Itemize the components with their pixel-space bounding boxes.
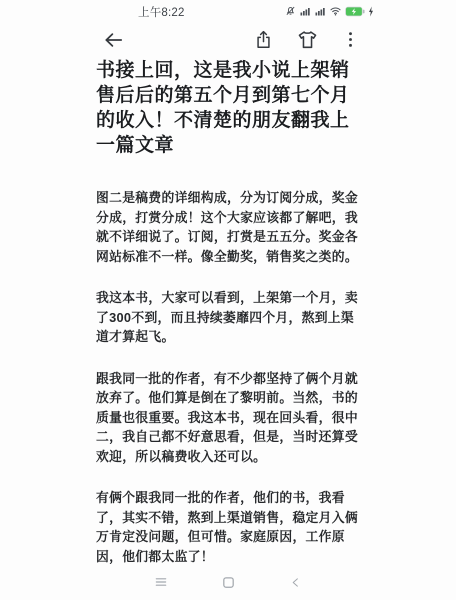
android-nav-bar bbox=[0, 564, 456, 600]
back-button[interactable] bbox=[100, 29, 126, 53]
status-time: 上午8:22 bbox=[138, 4, 185, 20]
toolbar-actions bbox=[253, 28, 360, 54]
home-button[interactable] bbox=[219, 573, 237, 591]
recents-button[interactable] bbox=[152, 573, 170, 591]
status-icons bbox=[285, 4, 374, 18]
signal-icon bbox=[314, 5, 326, 17]
home-icon bbox=[221, 575, 236, 590]
phone-screen: 上午8:22 bbox=[0, 0, 456, 600]
toolbar bbox=[0, 22, 456, 60]
overflow-menu-button[interactable] bbox=[341, 29, 360, 53]
overflow-menu-icon bbox=[341, 29, 360, 53]
back-arrow-icon bbox=[101, 29, 126, 54]
battery-icon bbox=[345, 6, 365, 17]
charging-bolt-icon bbox=[368, 6, 374, 17]
article-title: 书接上回，这是我小说上架销售后后的第五个月到第七个月的收入！不清楚的朋友翻我上一… bbox=[96, 58, 366, 158]
article-paragraph: 我这本书，大家可以看到，上架第一个月，卖了300不到，而且持续萎靡四个月，熬到上… bbox=[96, 288, 366, 347]
article-paragraph: 跟我同一批的作者，有不少都坚持了俩个月就放弃了。他们算是倒在了黎明前。当然，书的… bbox=[96, 369, 366, 467]
share-icon bbox=[253, 28, 274, 54]
wifi-icon bbox=[329, 5, 342, 17]
article-paragraph: 有俩个跟我同一批的作者，他们的书，我看了，其实不错，熬到上渠道销售，稳定月入俩万… bbox=[96, 488, 366, 566]
theme-button[interactable] bbox=[295, 29, 320, 54]
signal-icon bbox=[299, 5, 311, 17]
recents-icon bbox=[153, 575, 169, 589]
share-button[interactable] bbox=[253, 28, 274, 54]
article-paragraph: 图二是稿费的详细构成，分为订阅分成，奖金分成，打赏分成！这个大家应该都了解吧，我… bbox=[96, 188, 366, 266]
nav-back-button[interactable] bbox=[286, 573, 304, 591]
tshirt-icon bbox=[295, 29, 320, 54]
status-bar: 上午8:22 bbox=[0, 0, 456, 22]
mute-icon bbox=[285, 5, 296, 17]
article-content: 书接上回，这是我小说上架销售后后的第五个月到第七个月的收入！不清楚的朋友翻我上一… bbox=[96, 58, 366, 588]
nav-back-icon bbox=[290, 575, 301, 590]
